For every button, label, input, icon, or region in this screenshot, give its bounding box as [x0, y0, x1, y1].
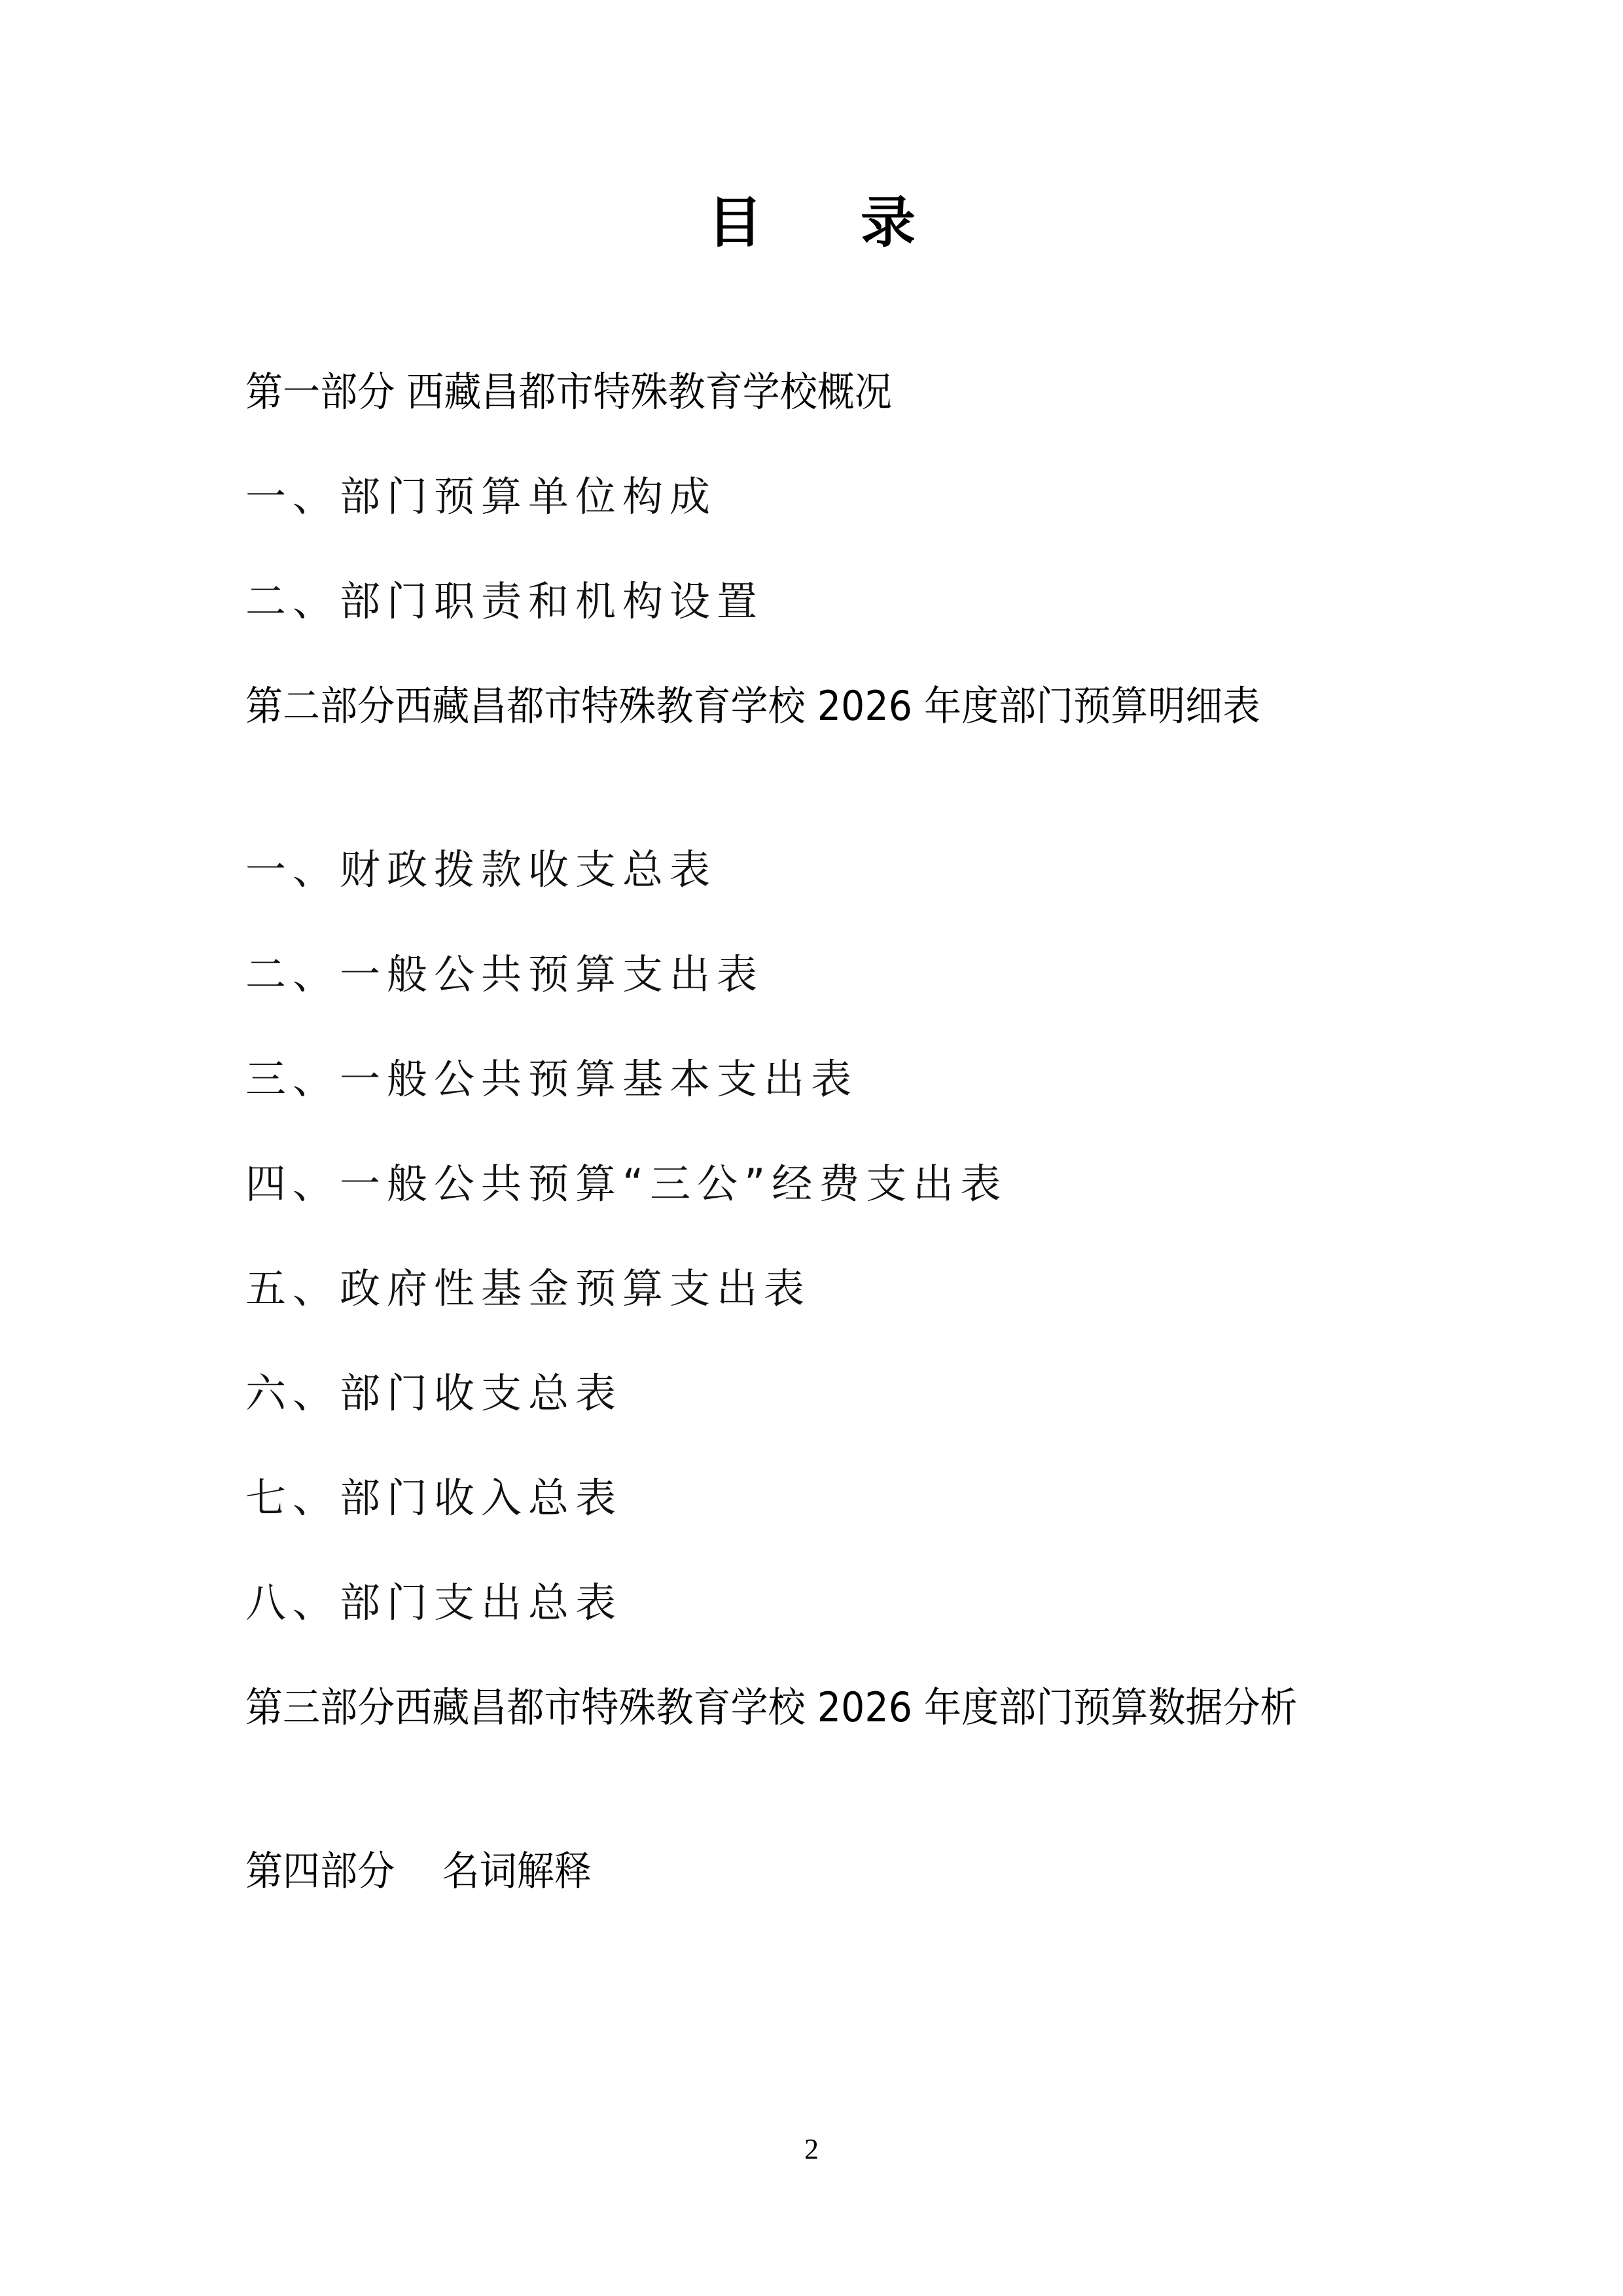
- page-number: 2: [0, 2132, 1623, 2166]
- toc-item-fiscal-summary[interactable]: 一、财政拨款收支总表: [245, 844, 1387, 895]
- toc-part-3[interactable]: 第三部分西藏昌都市特殊教育学校 2026 年度部门预算数据分析: [245, 1682, 1383, 1733]
- toc-item-three-public-expenses[interactable]: 四、一般公共预算“三公”经费支出表: [245, 1158, 1387, 1210]
- toc-item-general-expenditure[interactable]: 二、一般公共预算支出表: [245, 949, 1387, 1000]
- toc-part-4[interactable]: 第四部分 名词解释: [245, 1846, 1389, 1897]
- toc-item-dept-revenue[interactable]: 七、部门收入总表: [245, 1473, 1387, 1524]
- toc-item-basic-expenditure[interactable]: 三、一般公共预算基本支出表: [245, 1054, 1387, 1105]
- toc-item-government-fund[interactable]: 五、政府性基金预算支出表: [245, 1263, 1387, 1314]
- toc-part-1[interactable]: 第一部分 西藏昌都市特殊教育学校概况: [245, 367, 1389, 418]
- document-page: 目录 第一部分 西藏昌都市特殊教育学校概况 一、部门预算单位构成 二、部门职责和…: [0, 0, 1623, 2296]
- title-char-1: 目: [707, 190, 762, 255]
- toc-part-2[interactable]: 第二部分西藏昌都市特殊教育学校 2026 年度部门预算明细表: [245, 681, 1383, 732]
- toc-item-duties-structure[interactable]: 二、部门职责和机构设置: [245, 576, 1387, 627]
- toc-item-dept-expenditure[interactable]: 八、部门支出总表: [245, 1577, 1387, 1628]
- toc-item-budget-units[interactable]: 一、部门预算单位构成: [245, 471, 1387, 522]
- title-char-2: 录: [861, 190, 916, 255]
- toc-item-dept-revenue-expenditure[interactable]: 六、部门收支总表: [245, 1368, 1387, 1419]
- page-title: 目录: [0, 190, 1623, 255]
